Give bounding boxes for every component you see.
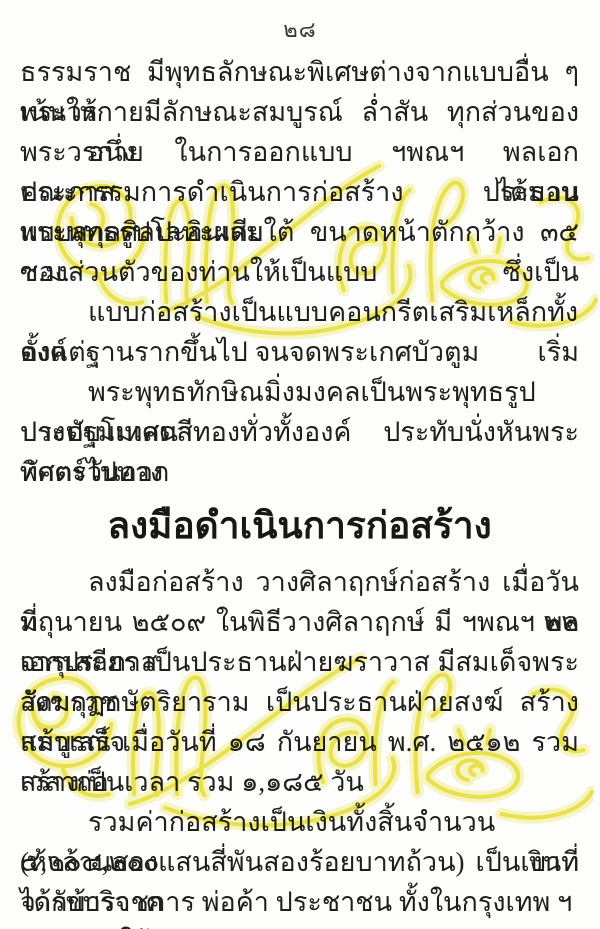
text-line: จากข้าราชการ พ่อค้า ประชาชน ทั้งในกรุงเท…	[20, 882, 579, 922]
text-line: พระพุทธทักษิณมิ่งมงคลเป็นพระพุทธรูปปางปฐ…	[20, 372, 579, 412]
scanned-book-page: ๒๘ ธรรมราช มีพุทธลักษณะพิเศษต่างจากแบบอื…	[0, 0, 600, 929]
text-line: อนึ่ง ในการออกแบบ ฯพณฯ พลเอกประภาส ประธา…	[20, 132, 579, 172]
text-line: วัดมกุฏกษัตริยาราม เป็นประธานฝ่ายสงฆ์ สร…	[20, 682, 579, 722]
text-line: ทิศตะวันออก	[20, 452, 579, 492]
text-line: มิถุนายน ๒๕๐๙ ในพิธีวางศิลาฤกษ์ มี ฯพณฯ …	[20, 602, 579, 642]
body-text: ธรรมราช มีพุทธลักษณะพิเศษต่างจากแบบอื่น …	[20, 52, 579, 922]
text-line: ลงมือก่อสร้าง วางศิลาฤกษ์ก่อสร้าง เมื่อว…	[20, 562, 579, 602]
text-line: ธรรมราช มีพุทธลักษณะพิเศษต่างจากแบบอื่น …	[20, 52, 579, 92]
section-heading: ลงมือดำเนินการก่อสร้าง	[20, 492, 579, 562]
text-line: (ห้าล้านสองแสนสี่พันสองร้อยบาทถ้วน) เป็น…	[20, 842, 579, 882]
page-number: ๒๘	[0, 12, 600, 47]
text-line: คณะกรรมการดำเนินการก่อสร้าง ได้มอบพระพุท…	[20, 172, 579, 212]
text-line: จารุเสถียร เป็นประธานฝ่ายฆราวาส มีสมเด็จ…	[20, 642, 579, 682]
text-line: แบบก่อสร้างเป็นแบบคอนกรีตเสริมเหล็กทั้งอ…	[20, 292, 579, 332]
text-line: แบบสกุลศิลปะอินเดียใต้ ขนาดหน้าตักกว้าง …	[20, 212, 579, 252]
text-line: รวมค่าก่อสร้างเป็นเงินทั้งสิ้นจำนวน ๕,๒๐…	[20, 802, 579, 842]
text-line: ประดับโมเสดสีทองทั่วทั้งองค์ ประทับนั่งห…	[20, 412, 579, 452]
text-line: สมบูรณ์ เมื่อวันที่ ๑๘ กันยายน พ.ศ. ๒๕๑๒…	[20, 722, 579, 762]
text-line: พระวรกายมีลักษณะสมบูรณ์ ล่ำสัน ทุกส่วนขอ…	[20, 92, 579, 132]
text-line: สร้างเป็นเวลา รวม ๑,๑๘๕ วัน	[20, 762, 579, 802]
